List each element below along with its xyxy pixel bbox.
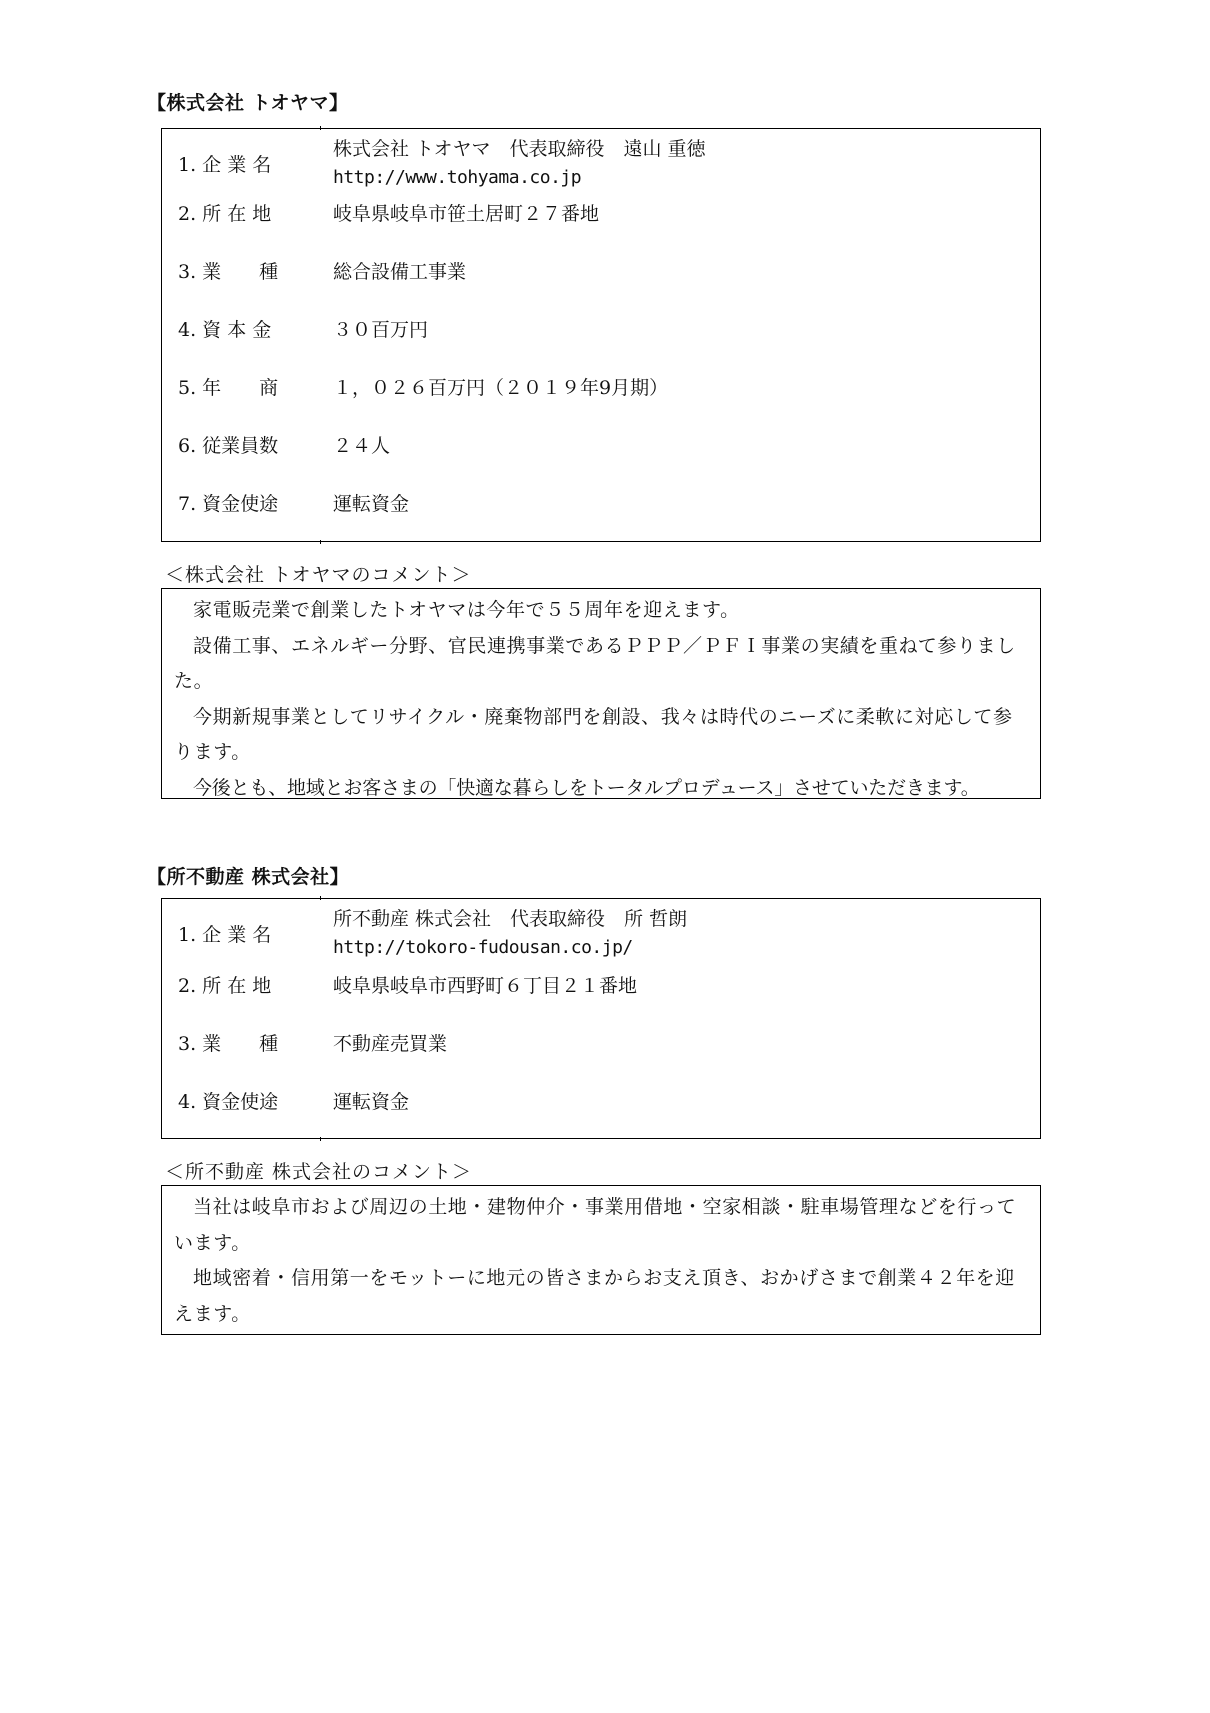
info-label: 4. 資金使途 (178, 1087, 278, 1114)
column-divider-tick (320, 126, 321, 130)
company-heading: 【所不動産 株式会社】 (147, 862, 349, 889)
comment-paragraph: 当社は岐阜市および周辺の土地・建物仲介・事業用借地・空家相談・駐車場管理などを行… (174, 1190, 1030, 1261)
info-value: 総合設備工事業 (333, 257, 466, 284)
info-value: １，０２６百万円（２０１９年9月期） (333, 373, 668, 400)
info-row-company-name: 1. 企 業 名 株式会社 トオヤマ 代表取締役 遠山 重徳 http://ww… (162, 129, 1040, 193)
company-heading: 【株式会社 トオヤマ】 (147, 88, 349, 115)
column-divider-tick (320, 1137, 321, 1141)
column-divider-tick (320, 540, 321, 544)
info-label: 6. 従業員数 (178, 431, 278, 458)
comment-paragraph: 設備工事、エネルギー分野、官民連携事業であるＰＰＰ／ＰＦＩ事業の実績を重ねて参り… (174, 629, 1030, 700)
info-value: 運転資金 (333, 1087, 409, 1114)
info-value: 岐阜県岐阜市西野町６丁目２１番地 (333, 971, 637, 998)
comment-paragraph: 家電販売業で創業したトオヤマは今年で５５周年を迎えます。 (174, 593, 1030, 629)
info-label: 4. 資 本 金 (178, 315, 271, 342)
company-info-box: 1. 企 業 名 株式会社 トオヤマ 代表取締役 遠山 重徳 http://ww… (161, 128, 1041, 542)
info-label: 2. 所 在 地 (178, 199, 271, 226)
info-label: 7. 資金使途 (178, 489, 278, 516)
comment-paragraph: 地域密着・信用第一をモットーに地元の皆さまからお支え頂き、おかげさまで創業４２年… (174, 1261, 1030, 1332)
info-value: 運転資金 (333, 489, 409, 516)
comment-box: 当社は岐阜市および周辺の土地・建物仲介・事業用借地・空家相談・駐車場管理などを行… (161, 1185, 1041, 1335)
info-value: 岐阜県岐阜市笹土居町２７番地 (333, 199, 599, 226)
info-value: ３０百万円 (333, 315, 428, 342)
info-value: 不動産売買業 (333, 1029, 447, 1056)
info-label: 1. 企 業 名 (178, 920, 271, 947)
company-info-box: 1. 企 業 名 所不動産 株式会社 代表取締役 所 哲朗 http://tok… (161, 898, 1041, 1139)
info-label: 3. 業 種 (178, 1029, 278, 1056)
comment-label: ＜株式会社 トオヤマのコメント＞ (165, 560, 471, 587)
column-divider-tick (320, 896, 321, 900)
comment-label: ＜所不動産 株式会社のコメント＞ (165, 1157, 472, 1184)
comment-box: 家電販売業で創業したトオヤマは今年で５５周年を迎えます。 設備工事、エネルギー分… (161, 588, 1041, 799)
company-url-link[interactable]: http://tokoro-fudousan.co.jp/ (333, 937, 633, 958)
info-label: 2. 所 在 地 (178, 971, 271, 998)
info-label: 1. 企 業 名 (178, 150, 271, 177)
info-value: 株式会社 トオヤマ 代表取締役 遠山 重徳 (333, 134, 706, 161)
info-label: 3. 業 種 (178, 257, 278, 284)
company-url-link[interactable]: http://www.tohyama.co.jp (333, 167, 581, 188)
info-value: ２４人 (333, 431, 390, 458)
info-value: 所不動産 株式会社 代表取締役 所 哲朗 (333, 904, 687, 931)
info-row-company-name: 1. 企 業 名 所不動産 株式会社 代表取締役 所 哲朗 http://tok… (162, 899, 1040, 963)
comment-paragraph: 今後とも、地域とお客さまの「快適な暮らしをトータルプロデュース」させていただきま… (174, 771, 1030, 807)
comment-paragraph: 今期新規事業としてリサイクル・廃棄物部門を創設、我々は時代のニーズに柔軟に対応し… (174, 700, 1030, 771)
info-label: 5. 年 商 (178, 373, 278, 400)
